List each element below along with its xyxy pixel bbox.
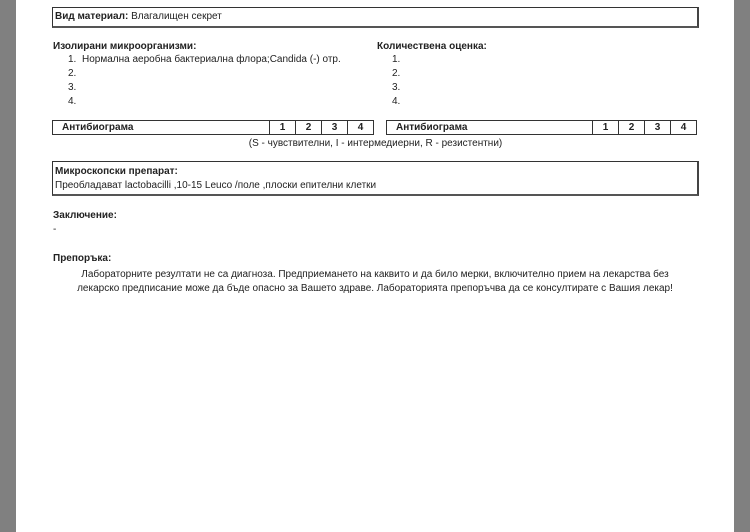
list-item: 4.	[392, 95, 692, 109]
list-item: 2.	[392, 67, 692, 81]
right-margin-bar	[734, 0, 750, 532]
antibiogram-title: Антибиограма	[387, 121, 593, 135]
list-item: 1.	[392, 53, 692, 67]
microscopy-box: Микроскопски препарат: Преобладават lact…	[52, 161, 699, 196]
list-item: 1.Нормална аеробна бактериална флора;Can…	[68, 53, 368, 67]
list-item: 2.	[68, 67, 368, 81]
material-box: Вид материал: Влагалищен секрет	[52, 7, 699, 28]
antibiogram-title: Антибиограма	[53, 121, 270, 135]
antibiogram-table-left: Антибиограма 1 2 3 4	[52, 120, 374, 135]
conclusion-value: -	[53, 224, 56, 235]
microscopy-value: Преобладават lactobacilli ,10-15 Leuco /…	[55, 179, 697, 193]
recommendation-text: Лабораторните резултати не са диагноза. …	[52, 268, 698, 296]
antibiogram-col: 3	[645, 121, 671, 135]
material-label: Вид материал:	[55, 11, 128, 22]
isolated-title: Изолирани микроорганизми:	[53, 41, 196, 52]
material-value: Влагалищен секрет	[131, 11, 222, 22]
list-item: 3.	[68, 81, 368, 95]
isolated-list: 1.Нормална аеробна бактериална флора;Can…	[68, 53, 368, 109]
antibiogram-col: 2	[619, 121, 645, 135]
list-item: 4.	[68, 95, 368, 109]
antibiogram-col: 3	[322, 121, 348, 135]
left-margin-bar	[0, 0, 16, 532]
microscopy-title: Микроскопски препарат:	[55, 165, 697, 179]
antibiogram-table-right: Антибиограма 1 2 3 4	[386, 120, 697, 135]
antibiogram-col: 2	[296, 121, 322, 135]
quantitative-title: Количествена оценка:	[377, 41, 487, 52]
quantitative-list: 1. 2. 3. 4.	[392, 53, 692, 109]
antibiogram-legend: (S - чувствителни, I - интермедиерни, R …	[52, 138, 699, 149]
conclusion-title: Заключение:	[53, 210, 117, 221]
antibiogram-col: 4	[671, 121, 697, 135]
antibiogram-col: 4	[348, 121, 374, 135]
list-item: 3.	[392, 81, 692, 95]
antibiogram-col: 1	[270, 121, 296, 135]
antibiogram-col: 1	[593, 121, 619, 135]
recommendation-title: Препоръка:	[53, 253, 111, 264]
